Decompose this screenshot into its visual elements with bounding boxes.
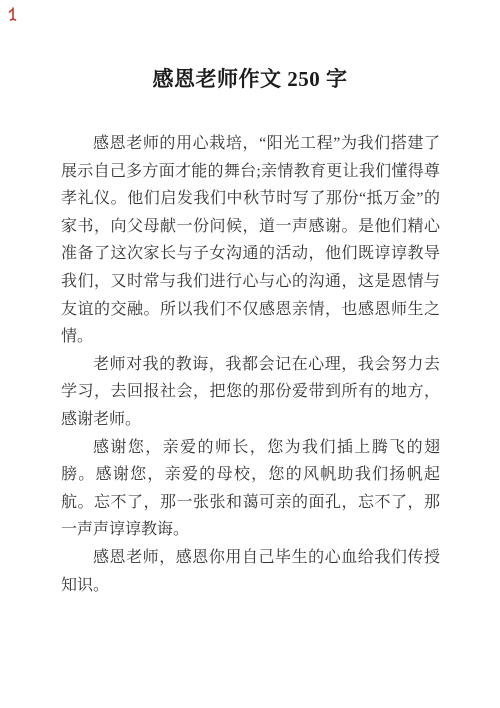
essay-paragraph: 老师对我的教诲，我都会记在心理，我会努力去学习，去回报社会，把您的那份爱带到所有… <box>61 351 440 434</box>
essay-title: 感恩老师作文 250 字 <box>0 62 500 96</box>
red-ink-mark-icon <box>8 7 18 21</box>
essay-paragraph: 感恩老师的用心栽培，“阳光工程”为我们搭建了展示自己多方面才能的舞台;亲情教育更… <box>61 130 440 351</box>
document-page: 感恩老师作文 250 字 感恩老师的用心栽培，“阳光工程”为我们搭建了展示自己多… <box>0 0 500 708</box>
essay-body: 感恩老师的用心栽培，“阳光工程”为我们搭建了展示自己多方面才能的舞台;亲情教育更… <box>61 130 440 599</box>
essay-paragraph: 感谢您，亲爱的师长，您为我们插上腾飞的翅膀。感谢您，亲爱的母校，您的风帆助我们扬… <box>61 434 440 544</box>
essay-paragraph: 感恩老师，感恩你用自己毕生的心血给我们传授知识。 <box>61 544 440 599</box>
